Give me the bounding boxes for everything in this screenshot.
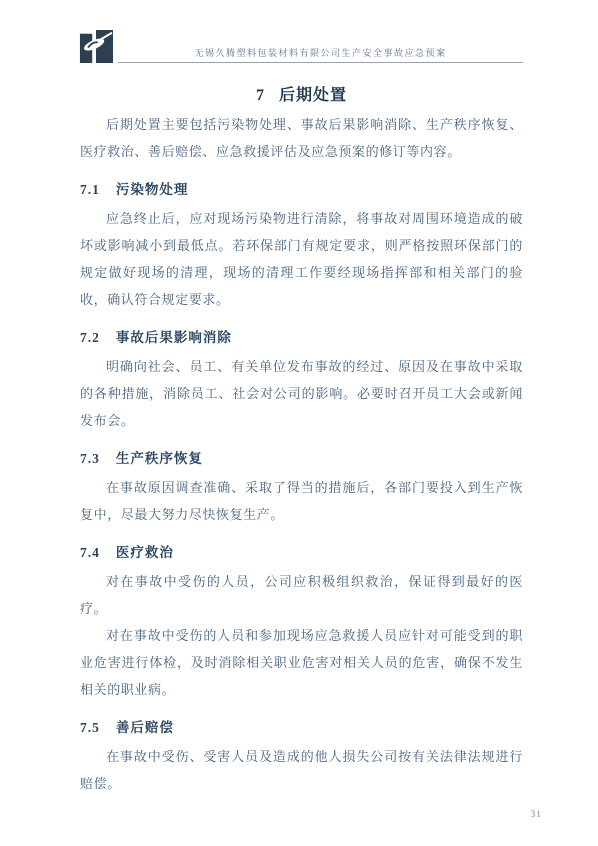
section-number: 7.4 (80, 545, 100, 560)
section-paragraph: 在事故中受伤、受害人员及造成的他人损失公司按有关法律法规进行赔偿。 (80, 743, 523, 797)
section-title: 生产秩序恢复 (116, 451, 203, 466)
intro-paragraph: 后期处置主要包括污染物处理、事故后果影响消除、生产秩序恢复、医疗救治、善后赔偿、… (80, 111, 523, 165)
section-number: 7.1 (80, 182, 100, 197)
section-number: 7.5 (80, 720, 100, 735)
header-document-title: 无锡久腾塑料包装材料有限公司生产安全事故应急预案 (118, 46, 523, 59)
section-number: 7.3 (80, 451, 100, 466)
section-paragraph: 对在事故中受伤的人员，公司应积极组织救治，保证得到最好的医疗。 (80, 568, 523, 622)
page-header: 无锡久腾塑料包装材料有限公司生产安全事故应急预案 (0, 0, 598, 66)
chapter-number: 7 (256, 87, 265, 104)
section-paragraph: 应急终止后，应对现场污染物进行清除，将事故对周围环境造成的破坏或影响减小到最低点… (80, 205, 523, 313)
section-paragraph: 对在事故中受伤的人员和参加现场应急救援人员应针对可能受到的职业危害进行体检，及时… (80, 622, 523, 703)
section-heading-7-3: 7.3生产秩序恢复 (80, 447, 523, 467)
section-paragraph: 在事故原因调查准确、采取了得当的措施后，各部门要投入到生产恢复中，尽最大努力尽快… (80, 474, 523, 528)
header-rule (118, 62, 523, 63)
section-heading-7-1: 7.1污染物处理 (80, 178, 523, 198)
section-heading-7-4: 7.4医疗救治 (80, 541, 523, 561)
company-h-leaf-logo-icon (79, 29, 113, 63)
section-paragraph: 明确向社会、员工、有关单位发布事故的经过、原因及在事故中采取的各种措施，消除员工… (80, 353, 523, 434)
section-title: 污染物处理 (116, 182, 189, 197)
page-number: 31 (531, 810, 543, 820)
section-title: 善后赔偿 (116, 720, 174, 735)
section-title: 事故后果影响消除 (116, 330, 232, 345)
chapter-title-text: 后期处置 (279, 87, 347, 104)
chapter-heading: 7后期处置 (80, 82, 523, 105)
section-title: 医疗救治 (116, 545, 174, 560)
section-number: 7.2 (80, 330, 100, 345)
document-body: 7后期处置 后期处置主要包括污染物处理、事故后果影响消除、生产秩序恢复、医疗救治… (80, 66, 523, 797)
section-heading-7-5: 7.5善后赔偿 (80, 716, 523, 736)
document-page: 无锡久腾塑料包装材料有限公司生产安全事故应急预案 7后期处置 后期处置主要包括污… (0, 0, 598, 846)
section-heading-7-2: 7.2事故后果影响消除 (80, 326, 523, 346)
